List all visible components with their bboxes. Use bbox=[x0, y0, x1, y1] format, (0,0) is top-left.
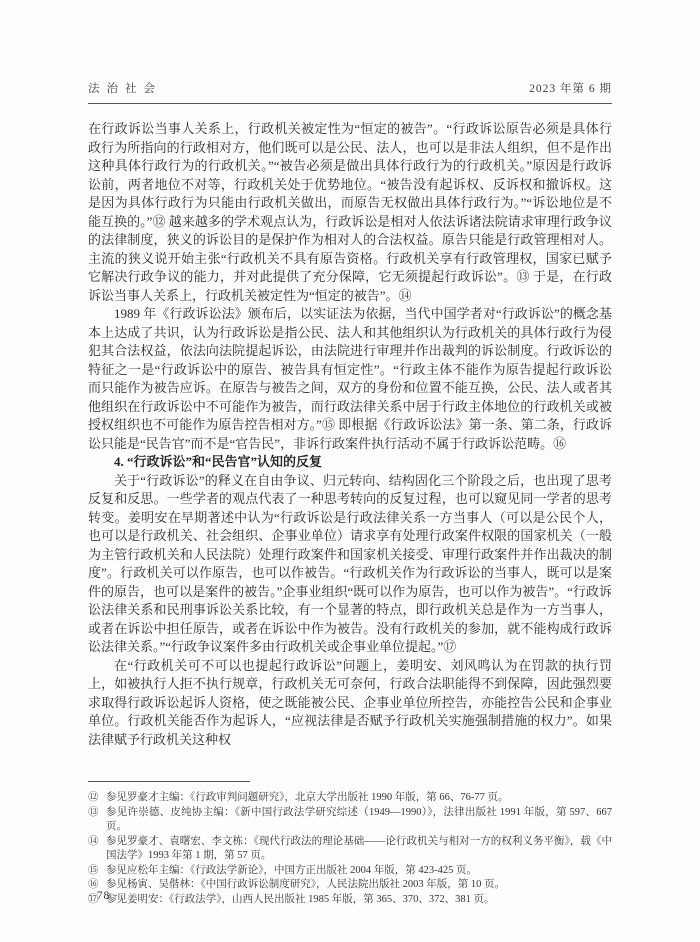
footnote-text: 参见应松年主编：《行政法学新论》，中国方正出版社 2004 年版，第 423-4… bbox=[106, 864, 612, 879]
journal-page: 法治社会 2023 年第 6 期 在行政诉讼当事人关系上，行政机关被定性为“恒定… bbox=[0, 0, 700, 942]
footnote-text: 参见罗豪才主编：《行政审判问题研究》，北京大学出版社 1990 年版，第 66、… bbox=[106, 791, 612, 806]
footnote-marker: ⑮ bbox=[88, 864, 106, 879]
paragraph-continuation: 在行政诉讼当事人关系上，行政机关被定性为“恒定的被告”。“行政诉讼原告必须是具体… bbox=[88, 120, 612, 305]
footnote-item: ⑭ 参见罗豪才、袁曙宏、李文栋：《现代行政法的理论基础——论行政机关与相对一方的… bbox=[88, 835, 612, 864]
footnote-text: 参见姜明安：《行政法学》，山西人民出版社 1985 年版，第 365、370、3… bbox=[106, 893, 612, 908]
journal-title: 法治社会 bbox=[88, 80, 162, 96]
footnote-marker: ⑫ bbox=[88, 791, 106, 806]
footnote-item: ⑰ 参见姜明安：《行政法学》，山西人民出版社 1985 年版，第 365、370… bbox=[88, 893, 612, 908]
footnote-marker: ⑬ bbox=[88, 806, 106, 835]
article-body: 在行政诉讼当事人关系上，行政机关被定性为“恒定的被告”。“行政诉讼原告必须是具体… bbox=[88, 120, 612, 749]
paragraph: 1989 年《行政诉讼法》颁布后，以实证法为依据，当代中国学者对“行政诉讼”的概… bbox=[88, 305, 612, 453]
footnote-list: ⑫ 参见罗豪才主编：《行政审判问题研究》，北京大学出版社 1990 年版，第 6… bbox=[88, 791, 612, 907]
paragraph: 关于“行政诉讼”的释义在自由争议、归元转向、结构固化三个阶段之后，也出现了思考反… bbox=[88, 472, 612, 657]
footnote-text: 参见许崇德、皮纯协主编：《新中国行政法学研究综述（1949—1990）》，法律出… bbox=[106, 806, 612, 835]
footnote-text: 参见罗豪才、袁曙宏、李文栋：《现代行政法的理论基础——论行政机关与相对一方的权利… bbox=[106, 835, 612, 864]
page-header: 法治社会 2023 年第 6 期 bbox=[88, 80, 612, 104]
footnote-text: 参见杨寅、吴偕林：《中国行政诉讼制度研究》，人民法院出版社 2003 年版，第 … bbox=[106, 878, 612, 893]
footnote-item: ⑮ 参见应松年主编：《行政法学新论》，中国方正出版社 2004 年版，第 423… bbox=[88, 864, 612, 879]
issue-label: 2023 年第 6 期 bbox=[529, 80, 612, 96]
paragraph: 在“行政机关可不可以也提起行政诉讼”问题上，姜明安、刘风鸣认为在罚款的执行罚上，… bbox=[88, 657, 612, 750]
footnote-separator bbox=[88, 781, 250, 782]
footnote-item: ⑯ 参见杨寅、吴偕林：《中国行政诉讼制度研究》，人民法院出版社 2003 年版，… bbox=[88, 878, 612, 893]
footnote-item: ⑬ 参见许崇德、皮纯协主编：《新中国行政法学研究综述（1949—1990）》，法… bbox=[88, 806, 612, 835]
footnote-item: ⑫ 参见罗豪才主编：《行政审判问题研究》，北京大学出版社 1990 年版，第 6… bbox=[88, 791, 612, 806]
section-heading: 4. “行政诉讼”和“民告官”认知的反复 bbox=[88, 453, 612, 472]
page-number: · 78 · bbox=[88, 890, 119, 902]
footnote-marker: ⑭ bbox=[88, 835, 106, 864]
